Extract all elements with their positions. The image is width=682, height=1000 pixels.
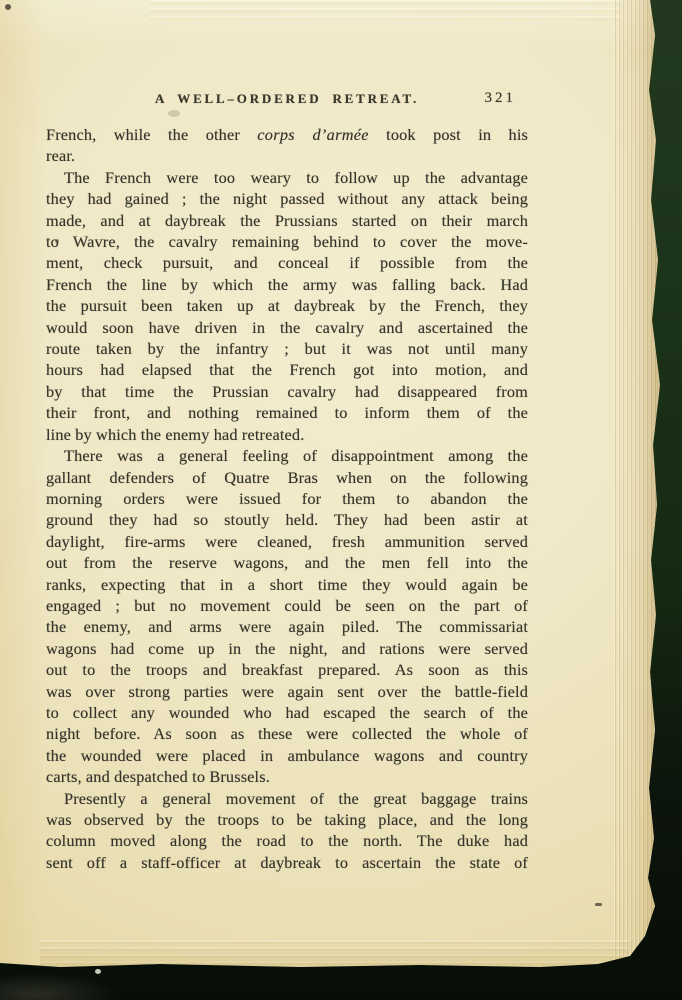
text-line: There was a general feeling of disappoin… [46, 445, 528, 466]
page-number: 321 [46, 90, 516, 107]
text-line: by that time the Prussian cavalry had di… [46, 381, 528, 402]
text-line: daylight, fire-arms were cleaned, fresh … [46, 531, 528, 552]
text-line: French, while the other corps d’armée to… [46, 124, 528, 145]
text-line: route taken by the infantry ; but it was… [46, 338, 528, 359]
text-line: morning orders were issued for them to a… [46, 488, 528, 509]
text-line: night before. As soon as these were coll… [46, 723, 528, 744]
book-scan: A WELL–ORDERED RETREAT. 321 French, whil… [0, 0, 682, 1000]
text-line: French the line by which the army was fa… [46, 274, 528, 295]
text-line: out from the reserve wagons, and the men… [46, 552, 528, 573]
ink-speck [55, 239, 59, 243]
text-line: The French were too weary to follow up t… [46, 167, 528, 188]
page-body: French, while the other corps d’armée to… [46, 124, 528, 873]
text-line: the enemy, and arms were again piled. Th… [46, 616, 528, 637]
text-line: ranks, expecting that in a short time th… [46, 574, 528, 595]
backdrop-shadow [0, 972, 120, 1000]
text-line: to collect any wounded who had escaped t… [46, 702, 528, 723]
text-line: to Wavre, the cavalry remaining behind t… [46, 231, 528, 252]
text-line: Presently a general movement of the grea… [46, 788, 528, 809]
text-line: was observed by the troops to be taking … [46, 809, 528, 830]
text-line: gallant defenders of Quatre Bras when on… [46, 467, 528, 488]
text-line: they had gained ; the night passed witho… [46, 188, 528, 209]
book-page: A WELL–ORDERED RETREAT. 321 French, whil… [0, 0, 662, 970]
text-line: ground they had so stoutly held. They ha… [46, 509, 528, 530]
text-line: was over strong parties were again sent … [46, 681, 528, 702]
text-line: their front, and nothing remained to inf… [46, 402, 528, 423]
text-line: out to the troops and breakfast prepared… [46, 659, 528, 680]
text-line: would soon have driven in the cavalry an… [46, 317, 528, 338]
text-line: the pursuit been taken up at daybreak by… [46, 295, 528, 316]
text-line: hours had elapsed that the French got in… [46, 359, 528, 380]
text-line: carts, and despatched to Brussels. [46, 766, 528, 787]
ink-speck [595, 903, 602, 906]
text-line: engaged ; but no movement could be seen … [46, 595, 528, 616]
paper-speck [95, 969, 101, 974]
paper-speck [5, 4, 11, 10]
text-line: wagons had come up in the night, and rat… [46, 638, 528, 659]
text-line: line by which the enemy had retreated. [46, 424, 528, 445]
paper-smudge [168, 110, 180, 117]
text-line: sent off a staff-officer at daybreak to … [46, 852, 528, 873]
page-top-edge [150, 0, 620, 22]
text-line: rear. [46, 145, 528, 166]
text-line: the wounded were placed in ambulance wag… [46, 745, 528, 766]
text-line: ment, check pursuit, and conceal if poss… [46, 252, 528, 273]
text-line: made, and at daybreak the Prussians star… [46, 210, 528, 231]
text-line: column moved along the road to the north… [46, 830, 528, 851]
